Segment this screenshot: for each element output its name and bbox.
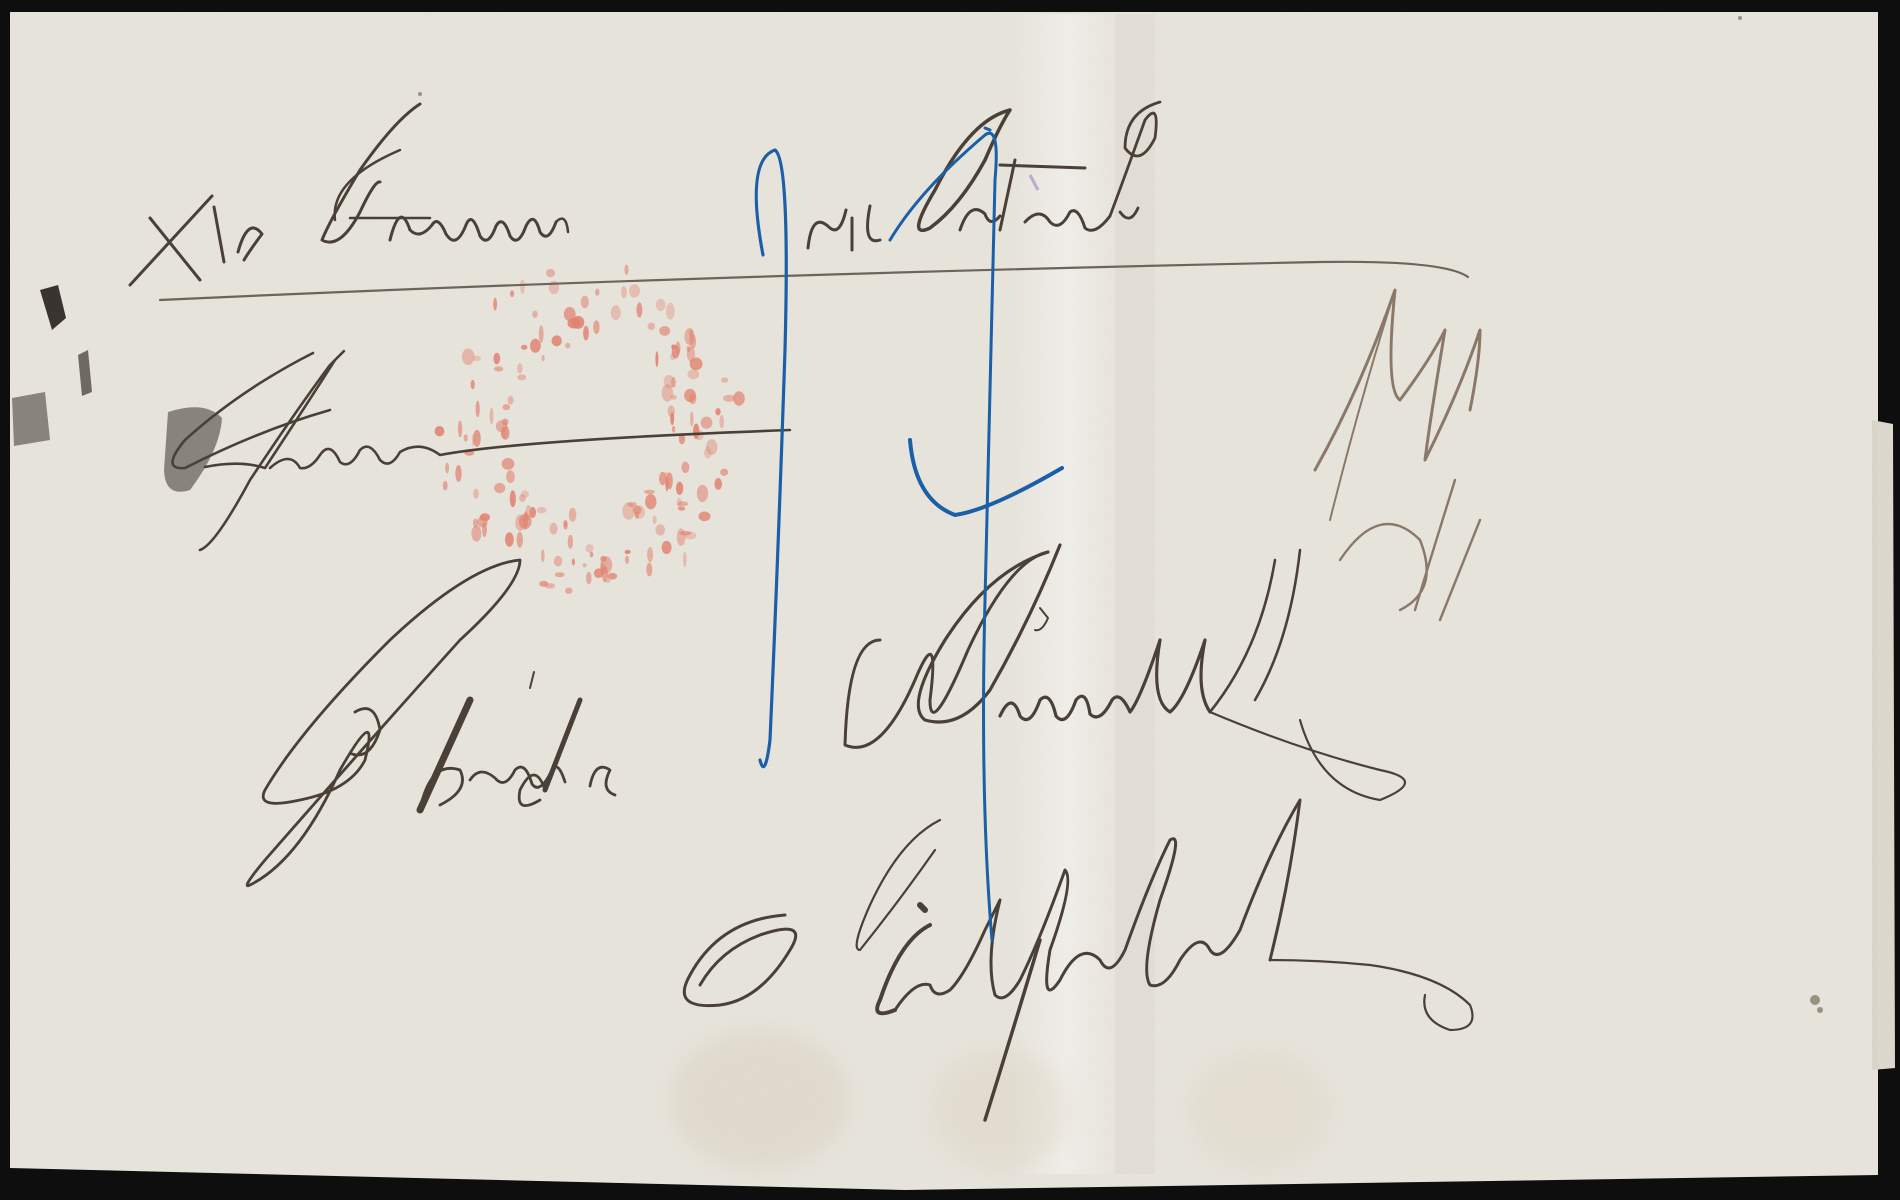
letter-cover-scan bbox=[0, 0, 1900, 1200]
paper-sheet bbox=[10, 12, 1895, 1190]
